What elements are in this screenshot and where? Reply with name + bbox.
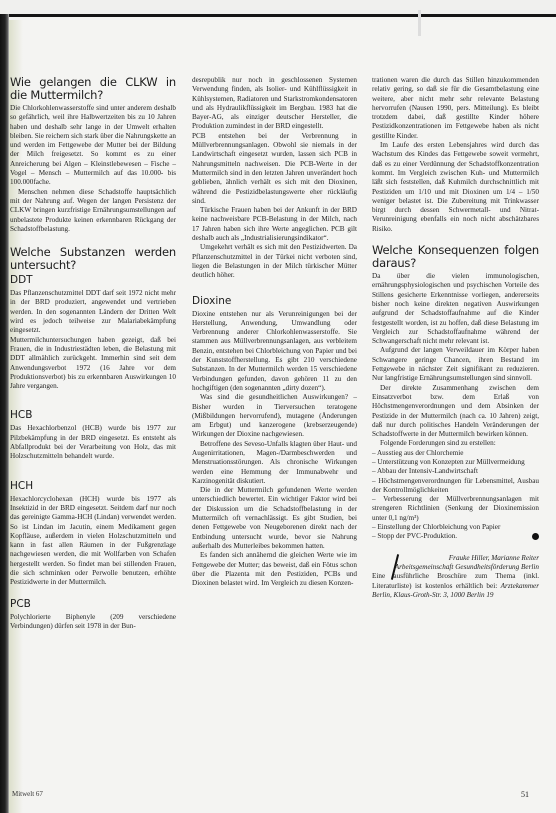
heading-which-substances: Welche Substanzen werden untersucht? <box>10 246 176 271</box>
demand-item: – Abbau der Intensiv-Landwirtschaft <box>372 467 539 476</box>
demand-item: – Höchstmengenverordnungen für Lebensmit… <box>372 477 539 496</box>
book-spine-shadow <box>0 14 9 813</box>
scan-artifact <box>418 10 421 36</box>
column-middle: desrepublik nur noch in geschlossenen Sy… <box>192 76 357 588</box>
paragraph: Das Pflanzenschutzmittel DDT darf seit 1… <box>10 289 176 335</box>
author-signature: Frauke Hiller, Marianne Reiter Arbeitsge… <box>372 554 539 573</box>
end-of-article-dot-icon <box>532 533 539 540</box>
paragraph: Da über die vielen immunologischen, ernä… <box>372 272 539 346</box>
column-left: Wie gelangen die CLKW in die Muttermilch… <box>10 76 176 631</box>
subheading-ddt: DDT <box>10 274 176 286</box>
paragraph: Der direkte Zusammenhang zwischen dem Ei… <box>372 384 539 440</box>
author-organization: Arbeitsgemeinschaft Gesundheitsförderung… <box>372 563 539 572</box>
subheading-dioxine: Dioxine <box>192 295 357 307</box>
paragraph: Umgekehrt verhält es sich mit den Pestiz… <box>192 243 357 280</box>
paragraph: Folgende Forderungen sind zu erstellen: <box>372 439 539 448</box>
paragraph: Hexachlorcyclohexan (HCH) wurde bis 1977… <box>10 495 176 588</box>
heading-consequences: Welche Konsequenzen folgen daraus? <box>372 244 539 269</box>
paragraph: Türkische Frauen haben bei der Ankunft i… <box>192 206 357 243</box>
paragraph: Betroffene des Seveso-Unfalls klagten üb… <box>192 440 357 486</box>
heading-how-clkw-enter-milk: Wie gelangen die CLKW in die Muttermilch… <box>10 76 176 101</box>
paragraph: Es fanden sich annähernd die gleichen We… <box>192 551 357 588</box>
paragraph: Polychlorierte Biphenyle (209 verschiede… <box>10 613 176 632</box>
demand-text: – Stopp der PVC-Produktion. <box>372 532 457 540</box>
footer-issue: Mitwelt 67 <box>12 790 43 798</box>
page-number: 51 <box>521 790 529 799</box>
scan-top-edge <box>0 0 556 17</box>
paragraph: Aufgrund der langen Verweildauer im Körp… <box>372 346 539 383</box>
subheading-hch: HCH <box>10 480 176 492</box>
paragraph: Das Hexachlorbenzol (HCB) wurde bis 1977… <box>10 424 176 461</box>
brochure-note: Eine ausführliche Broschüre zum Thema (i… <box>372 572 539 600</box>
demands-list: – Ausstieg aus der Chlorchemie – Unterst… <box>372 449 539 542</box>
paragraph: PCB entstehen bei der Verbrennung in Mül… <box>192 132 357 206</box>
paragraph: desrepublik nur noch in geschlossenen Sy… <box>192 76 357 132</box>
demand-item: – Einstellung der Chlorbleichung von Pap… <box>372 523 539 532</box>
paragraph: trationen waren die durch das Stillen hi… <box>372 76 539 141</box>
demand-item: – Verbesserung der Müllverbrennungsanlag… <box>372 495 539 523</box>
column-right: trationen waren die durch das Stillen hi… <box>372 76 539 600</box>
paragraph: Menschen nehmen diese Schadstoffe haupts… <box>10 188 176 234</box>
demand-item: – Stopp der PVC-Produktion. <box>372 532 539 541</box>
paragraph: Im Laufe des ersten Lebensjahres wird du… <box>372 141 539 234</box>
paragraph: Dioxine entstehen nur als Verunreinigung… <box>192 310 357 394</box>
paragraph: Muttermilchuntersuchungen haben gezeigt,… <box>10 336 176 392</box>
subheading-hcb: HCB <box>10 409 176 421</box>
paragraph: Die in der Muttermilch gefundenen Werte … <box>192 486 357 551</box>
paragraph: Was sind die gesundheitlichen Auswirkung… <box>192 393 357 439</box>
subheading-pcb: PCB <box>10 598 176 610</box>
paragraph: Die Chlorkohlenwasserstoffe sind unter a… <box>10 104 176 188</box>
demand-item: – Unterstützung von Konzepten zur Müllve… <box>372 458 539 467</box>
demand-item: – Ausstieg aus der Chlorchemie <box>372 449 539 458</box>
